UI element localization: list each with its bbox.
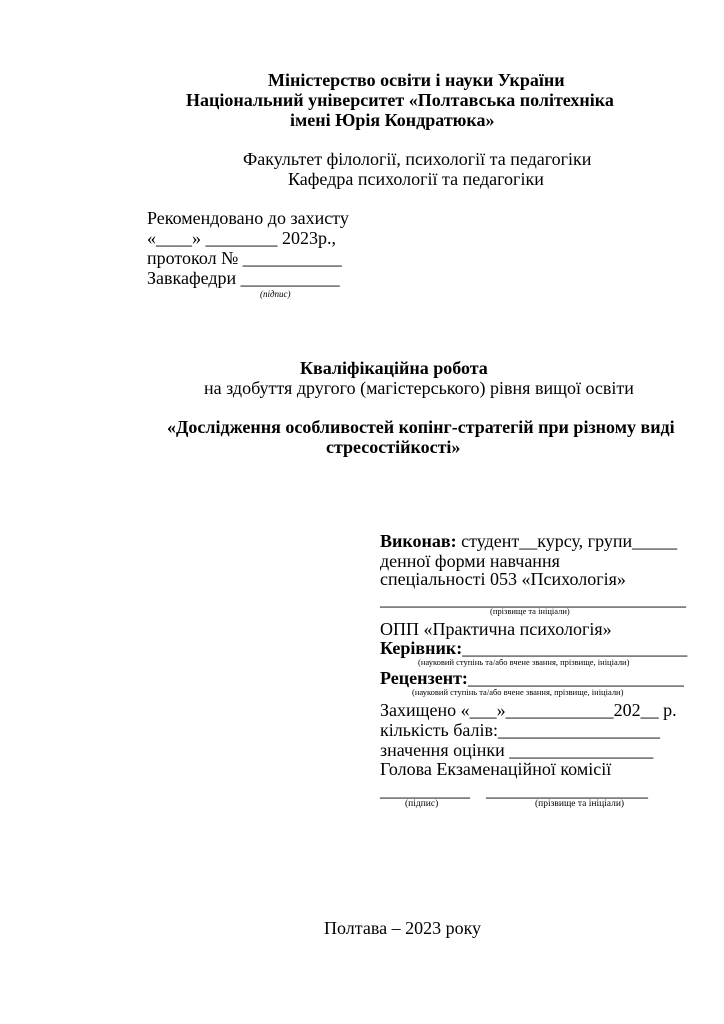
defense-date: Захищено «___»____________202__ р. (380, 700, 677, 720)
thesis-topic-line1: «Дослідження особливостей копінг-стратег… (167, 417, 675, 437)
reviewer-hint: (науковий ступінь та/або вчене звання, п… (412, 687, 623, 697)
author-course-group: студент__курсу, групи_____ (457, 531, 677, 551)
author-label: Виконав: (380, 531, 457, 551)
supervisor-hint: (науковий ступінь та/або вчене звання, п… (418, 657, 629, 667)
grade-line: значення оцінки ________________ (380, 740, 653, 760)
commission-name-hint: (прізвище та ініціали) (535, 799, 624, 810)
university-name-line2: імені Юрія Кондратюка» (290, 110, 495, 130)
reviewer-blank: ________________________ (468, 668, 684, 688)
reviewer-label: Рецензент: (380, 668, 468, 688)
commission-name-line: __________________ (486, 780, 648, 800)
author-line: Виконав: студент__курсу, групи_____ (380, 531, 677, 551)
commission-signature-hint: (підпис) (405, 799, 438, 810)
recommendation-date: «____» ________ 2023р., (147, 228, 336, 248)
faculty-name: Факультет філології, психології та педаг… (243, 149, 591, 169)
reviewer-line: Рецензент:________________________ (380, 668, 684, 688)
score-line: кількість балів:__________________ (380, 720, 660, 740)
department-head-signature: Завкафедри ___________ (147, 268, 340, 288)
university-name-line1: Національний університет «Полтавська пол… (186, 90, 614, 110)
author-name-hint: (прізвище та ініціали) (490, 606, 570, 616)
protocol-number: протокол № ___________ (147, 248, 342, 268)
work-type: Кваліфікаційна робота (300, 358, 488, 378)
city-year: Полтава – 2023 року (324, 918, 481, 938)
supervisor-blank: _________________________ (462, 638, 687, 658)
educational-program: ОПП «Практична психологія» (380, 619, 612, 639)
recommendation-title: Рекомендовано до захисту (147, 208, 349, 228)
department-name: Кафедра психології та педагогіки (288, 169, 544, 189)
signature-hint: (підпис) (260, 289, 291, 299)
degree-description: на здобуття другого (магістерського) рів… (204, 378, 634, 398)
ministry-name: Міністерство освіти і науки України (268, 70, 565, 90)
thesis-topic-line2: стресостійкості» (326, 437, 460, 457)
specialty: спеціальності 053 «Психологія» (380, 569, 626, 589)
supervisor-label: Керівник: (380, 638, 462, 658)
commission-head: Голова Екзаменаційної комісії (380, 759, 611, 779)
supervisor-line: Керівник:_________________________ (380, 638, 687, 658)
study-form: денної форми навчання (380, 551, 560, 571)
commission-signature-line: __________ (380, 780, 470, 800)
